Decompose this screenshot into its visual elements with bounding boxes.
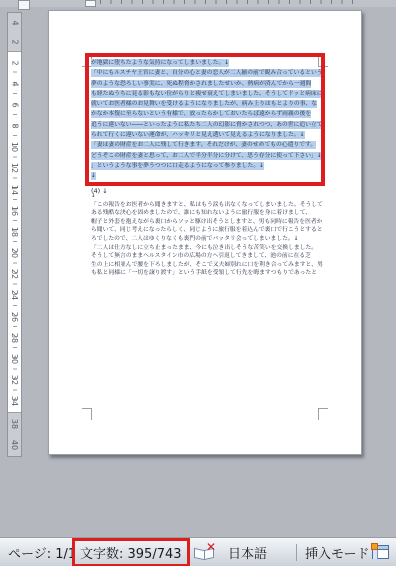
word-window: 42 246810121416182022242628303234 3840 が… <box>0 0 396 566</box>
text-line: も私と同様に「一切を譲り渡す」という手紙を受領して行先を晦ますつもりであったと <box>91 269 323 278</box>
text-line: 帽子と外套を抱えながら裏口からソッと駆け出そうとしますと、男も同時に報告を医者か <box>91 218 323 227</box>
spellcheck-error-x-icon: ✕ <box>206 541 216 553</box>
ruler-number: 10 <box>8 137 21 158</box>
ruler-number: 32 <box>8 370 21 391</box>
ruler-number: 12 <box>8 158 21 179</box>
ruler-number: 38 <box>8 413 21 435</box>
text-line: 「二人は仕方なしに立ち止まったまま、今にも泣き出しそうな苦笑いを交換しました。 <box>91 244 323 253</box>
language-indicator[interactable]: 日本語 <box>228 538 267 566</box>
ruler-number: 8 <box>8 116 21 137</box>
ruler-number: 24 <box>8 285 21 306</box>
text-line: 生の上に相並んで腰を下ろしましたが、そこで又夫婦別れに口を利き合ってみますと、男 <box>91 261 323 270</box>
text-area-corner-mark <box>82 408 92 420</box>
status-bar: ページ: 1/1 文字数: 395/743 ✕ 日本語 挿入モード <box>0 537 396 566</box>
page-count-indicator[interactable]: ページ: 1/1 <box>8 538 76 566</box>
ruler-bottom-margin: 3840 <box>8 413 21 456</box>
ruler-number: 4 <box>8 13 21 32</box>
insert-mode-indicator[interactable]: 挿入モード <box>305 538 369 566</box>
text-line: ある残酷な決心を固めましたので、誰にも知れないように旅行服を身に着けまして、 <box>91 209 323 218</box>
word-count-indicator[interactable]: 文字数: 395/743 <box>80 543 182 562</box>
body-paragraph[interactable]: ↓「この報告をお医者から聞きますと、私はもう涙も出なくなってしまいました。そうし… <box>91 192 323 278</box>
text-line: ↓ <box>91 192 323 201</box>
text-line: ろでしたので、二人はゆくりなくも裏門の前でバッタリ会ってしまいました。↓ <box>91 235 323 244</box>
form-panel-icon[interactable] <box>372 545 389 559</box>
tab-selector-box[interactable] <box>18 0 30 10</box>
ruler-number: 16 <box>8 200 21 221</box>
ruler-number: 26 <box>8 306 21 327</box>
text-line: そうして無言のままヘルスタイン市の広場の方へ引返してきまして、池の前に在る芝 <box>91 252 323 261</box>
text-line: 「この報告をお医者から聞きますと、私はもう涙も出なくなってしまいました。そうして <box>91 201 323 210</box>
ruler-number: 4 <box>8 73 21 94</box>
vertical-ruler[interactable]: 42 246810121416182022242628303234 3840 <box>7 12 22 457</box>
ruler-number: 20 <box>8 243 21 264</box>
status-separator <box>296 544 297 561</box>
ruler-number: 34 <box>8 391 21 412</box>
ruler-number: 2 <box>8 52 21 73</box>
ruler-number: 6 <box>8 94 21 115</box>
ruler-number: 2 <box>8 32 21 51</box>
spellcheck-book-icon[interactable]: ✕ <box>194 544 216 561</box>
text-area-corner-mark <box>318 408 328 420</box>
ruler-number: 14 <box>8 179 21 200</box>
ruler-body: 246810121416182022242628303234 <box>8 51 21 413</box>
ruler-number: 22 <box>8 264 21 285</box>
document-page[interactable]: が地獄に堕ちたような気持になってしまいました。↓「中にもルスチヤ王宮に妻と、自分… <box>48 10 362 455</box>
margin-marker-box[interactable] <box>85 0 96 7</box>
recording-dot-icon <box>371 543 378 550</box>
ruler-number: 30 <box>8 348 21 369</box>
text-line: ら聞いて、同じ考えになったらしく、同じように旅行服を着込んで裏口で行こうとすると… <box>91 226 323 235</box>
selection-callout-box <box>85 53 325 186</box>
ruler-ticks <box>100 0 362 4</box>
ruler-number: 18 <box>8 221 21 242</box>
word-count-callout-box: 文字数: 395/743 <box>72 538 190 566</box>
horizontal-ruler[interactable] <box>0 0 396 7</box>
ruler-top-margin: 42 <box>8 13 21 51</box>
ruler-number: 40 <box>8 435 21 457</box>
ruler-number: 28 <box>8 327 21 348</box>
